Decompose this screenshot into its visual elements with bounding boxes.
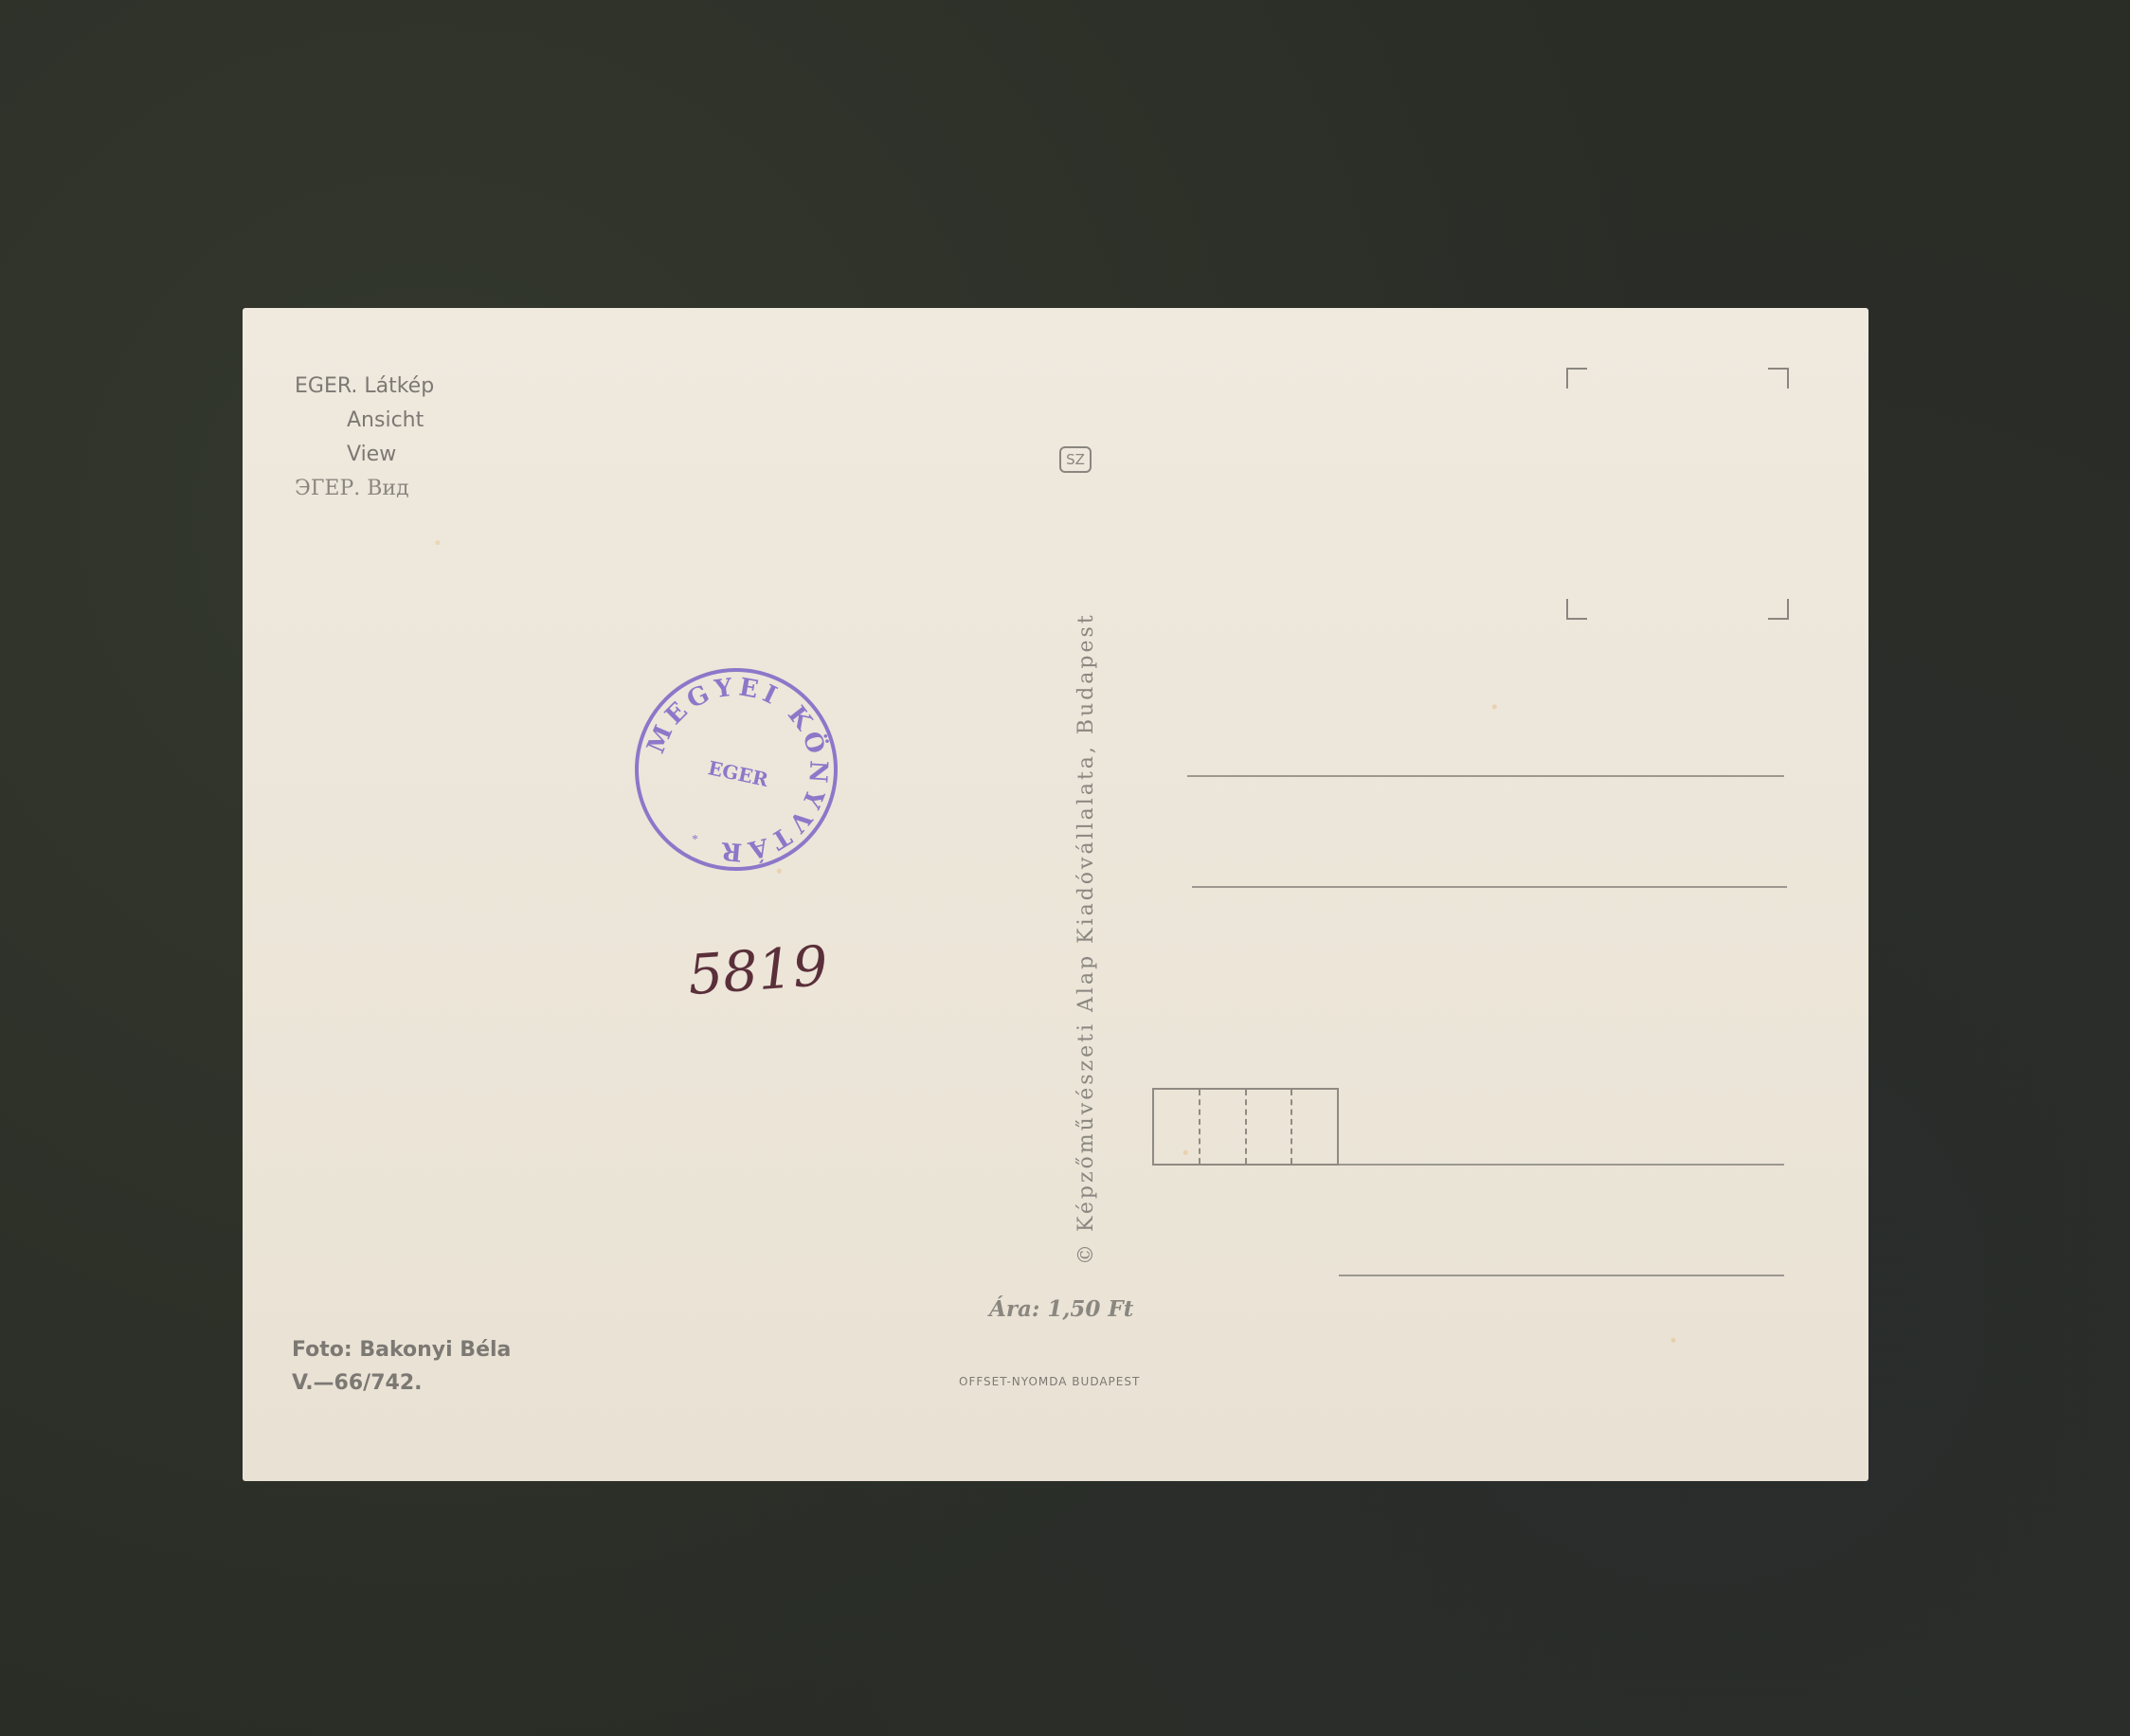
stamp-corner-top-left: [1566, 368, 1587, 389]
postal-code-cell: [1292, 1090, 1337, 1164]
library-stamp: MEGYEI KÖNYVTÁR EGER *: [635, 668, 838, 871]
printer-label: OFFSET-NYOMDA BUDAPEST: [959, 1375, 1140, 1388]
caption-german: Ansicht: [295, 404, 434, 438]
postal-code-cell: [1247, 1090, 1293, 1164]
publisher-mark: SZ: [1059, 446, 1092, 473]
credits-block: Foto: Bakonyi Béla V.—66/742.: [292, 1333, 511, 1400]
stamp-corner-top-right: [1768, 368, 1789, 389]
postcard-back: EGER. Látkép Ansicht View ЭГЕР. Вид MEGY…: [243, 308, 1868, 1481]
publisher-text: © Képzőművészeti Alap Kiadóvállalata, Bu…: [1074, 612, 1098, 1265]
address-line-1: [1187, 775, 1784, 777]
address-line-2: [1192, 886, 1787, 888]
stamp-corner-bottom-right: [1768, 599, 1789, 620]
photo-credit: Foto: Bakonyi Béla: [292, 1333, 511, 1366]
caption-block: EGER. Látkép Ansicht View ЭГЕР. Вид: [295, 370, 434, 506]
stamp-ring-text: MEGYEI KÖNYVTÁR EGER *: [635, 668, 838, 871]
caption-hungarian: EGER. Látkép: [295, 370, 434, 404]
price-label: Ára: 1,50 Ft: [989, 1296, 1133, 1322]
address-line-4: [1339, 1275, 1784, 1276]
stamp-corner-bottom-left: [1566, 599, 1587, 620]
svg-text:*: *: [692, 833, 698, 847]
caption-russian: ЭГЕР. Вид: [295, 472, 434, 506]
postal-code-cell: [1200, 1090, 1247, 1164]
handwritten-number: 5819: [686, 933, 830, 1007]
svg-text:EGER: EGER: [706, 756, 770, 791]
postal-code-cell: [1154, 1090, 1200, 1164]
address-line-3: [1339, 1164, 1784, 1166]
caption-english: View: [295, 438, 434, 472]
catalog-number: V.—66/742.: [292, 1366, 511, 1400]
postal-code-boxes: [1152, 1088, 1339, 1166]
